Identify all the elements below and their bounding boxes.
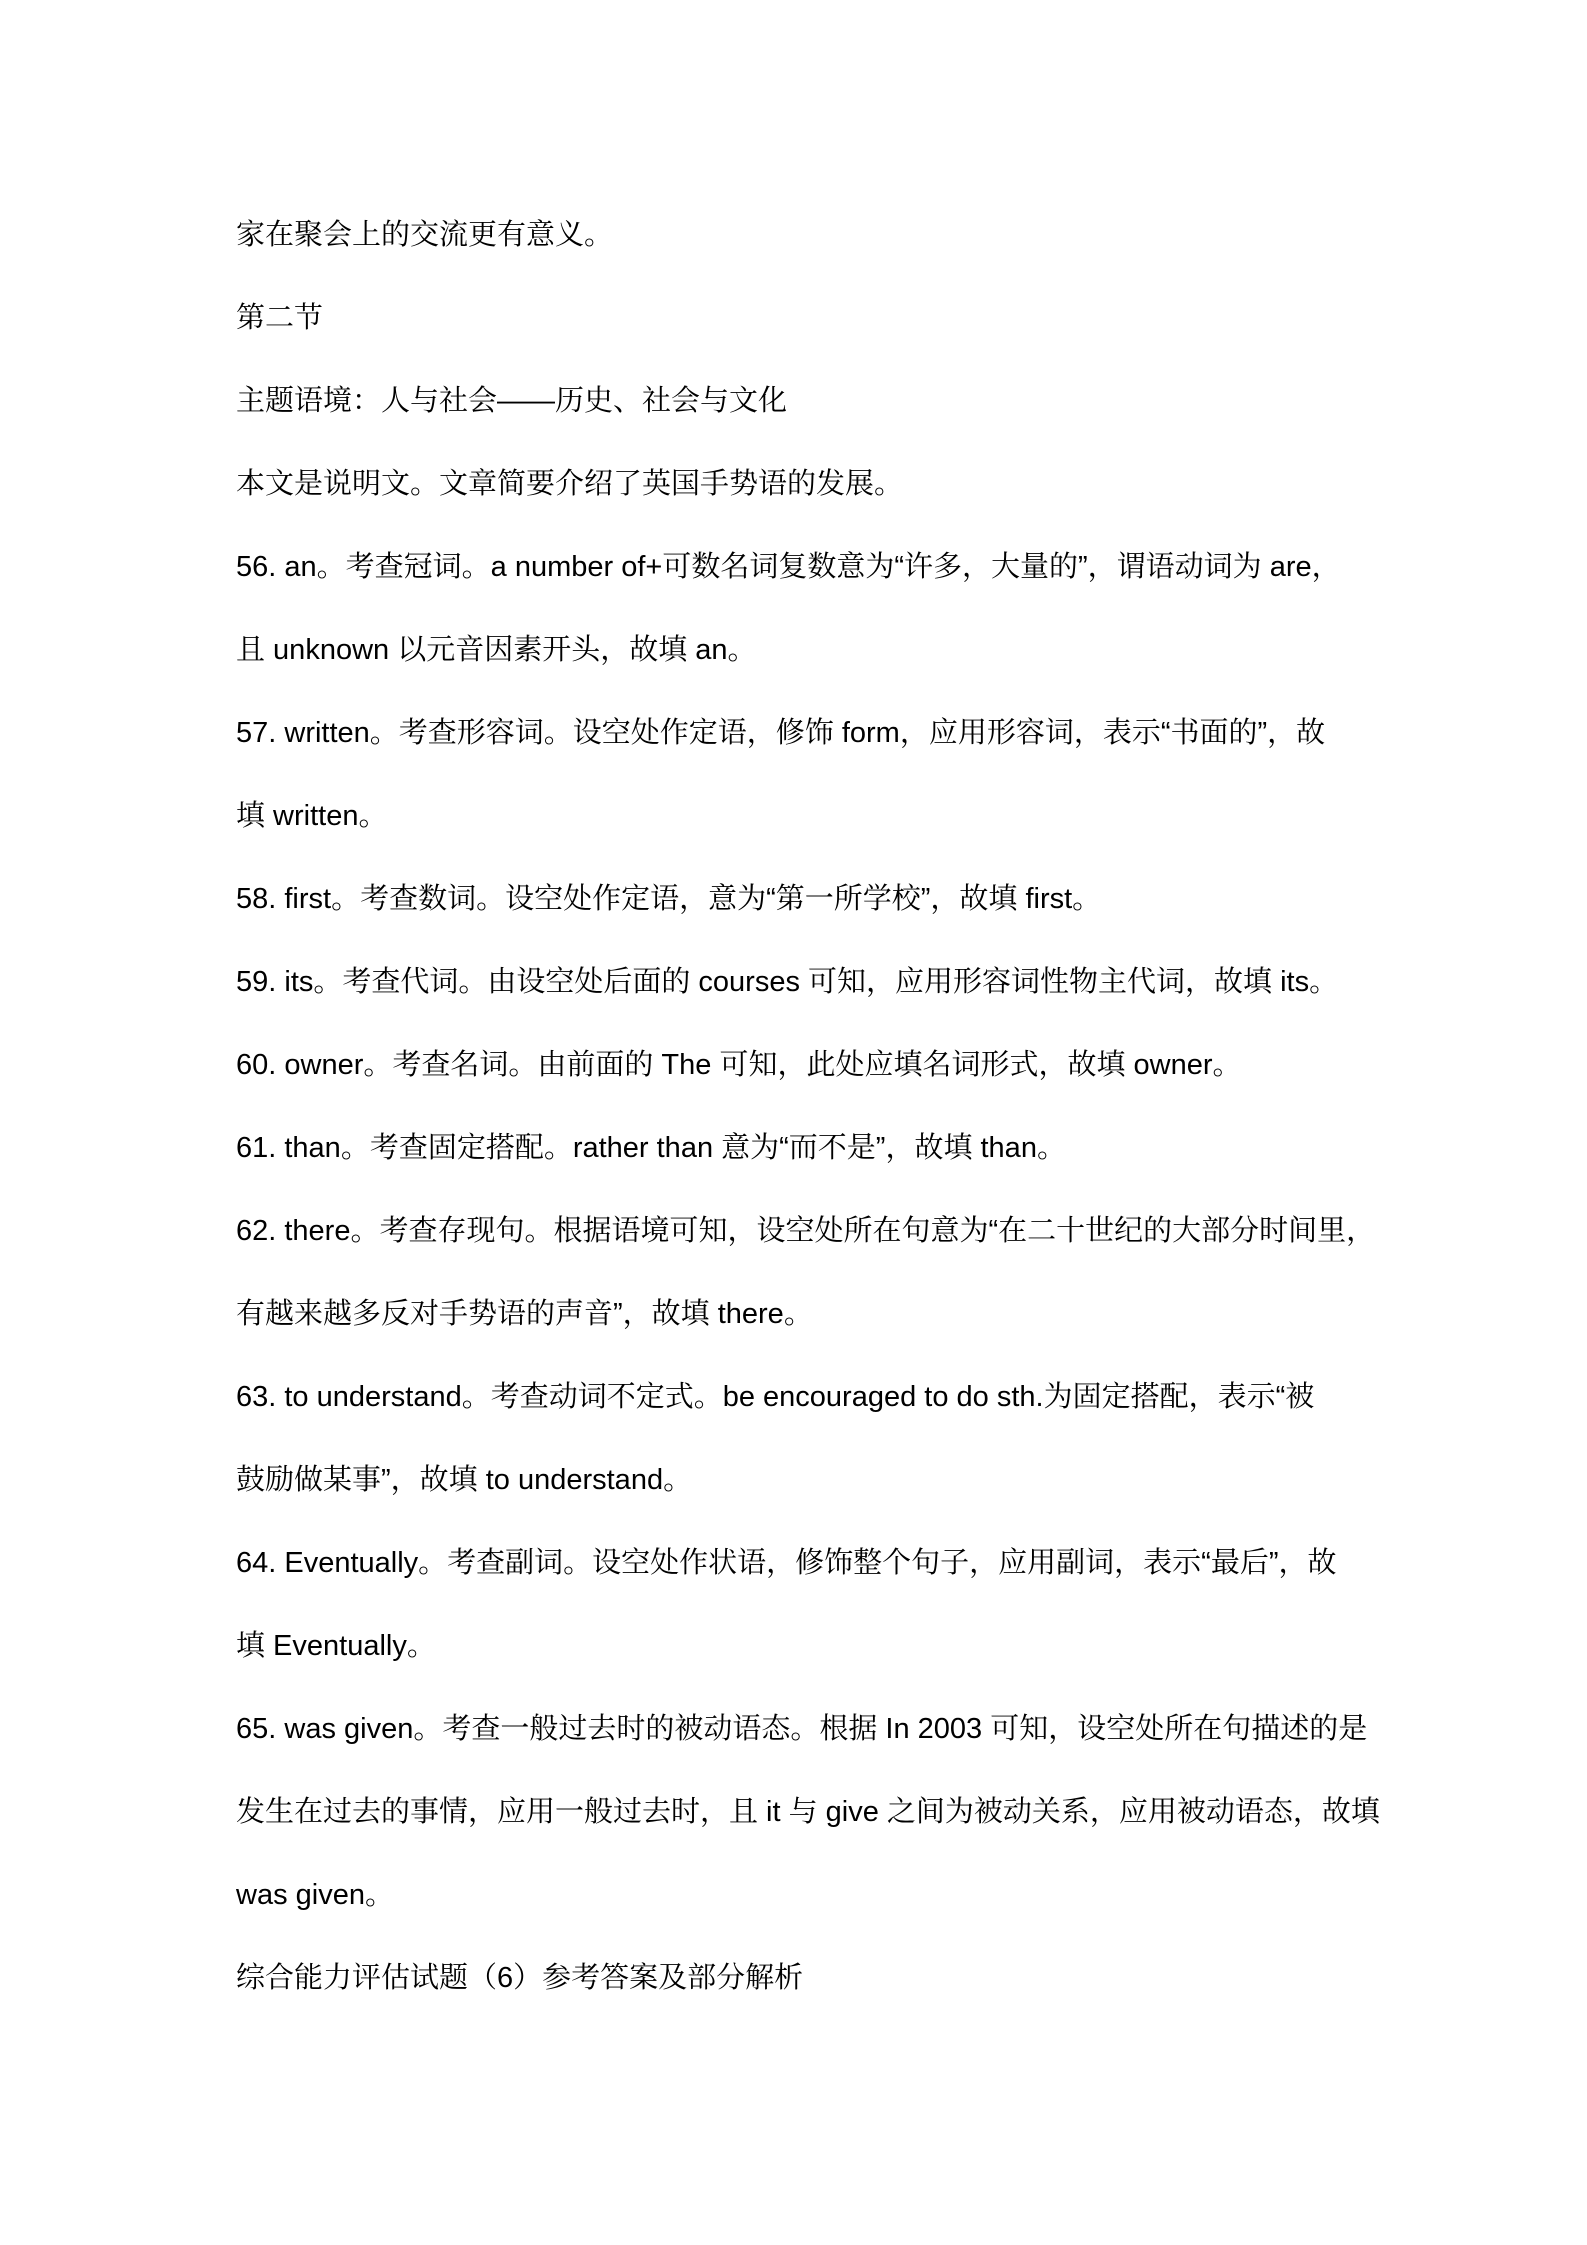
text-line: 鼓励做某事”，故填 to understand。	[236, 1439, 1476, 1522]
text-line: 本文是说明文。文章简要介绍了英国手势语的发展。	[236, 443, 1476, 526]
text-line: 62. there。考查存现句。根据语境可知，设空处所在句意为“在二十世纪的大部…	[236, 1190, 1476, 1273]
text-line: 发生在过去的事情，应用一般过去时，且 it 与 give 之间为被动关系，应用被…	[236, 1771, 1476, 1854]
text-line: 64. Eventually。考查副词。设空处作状语，修饰整个句子，应用副词，表…	[236, 1522, 1476, 1605]
text-line: 65. was given。考查一般过去时的被动语态。根据 In 2003 可知…	[236, 1688, 1476, 1771]
text-line: 61. than。考查固定搭配。rather than 意为“而不是”，故填 t…	[236, 1107, 1476, 1190]
text-line: 主题语境：人与社会——历史、社会与文化	[236, 360, 1476, 443]
document-lines: 家在聚会上的交流更有意义。第二节主题语境：人与社会——历史、社会与文化本文是说明…	[236, 194, 1476, 2020]
text-line: 59. its。考查代词。由设空处后面的 courses 可知，应用形容词性物主…	[236, 941, 1476, 1024]
text-line: 家在聚会上的交流更有意义。	[236, 194, 1476, 277]
text-line: 且 unknown 以元音因素开头，故填 an。	[236, 609, 1476, 692]
text-line: 填 written。	[236, 775, 1476, 858]
text-line: 填 Eventually。	[236, 1605, 1476, 1688]
text-line: 有越来越多反对手势语的声音”，故填 there。	[236, 1273, 1476, 1356]
text-line: 第二节	[236, 277, 1476, 360]
text-line: 57. written。考查形容词。设空处作定语，修饰 form，应用形容词，表…	[236, 692, 1476, 775]
text-line: was given。	[236, 1854, 1476, 1937]
text-line: 60. owner。考查名词。由前面的 The 可知，此处应填名词形式，故填 o…	[236, 1024, 1476, 1107]
text-line: 综合能力评估试题（6）参考答案及部分解析	[236, 1937, 1476, 2020]
text-line: 56. an。考查冠词。a number of+可数名词复数意为“许多，大量的”…	[236, 526, 1476, 609]
text-line: 58. first。考查数词。设空处作定语，意为“第一所学校”，故填 first…	[236, 858, 1476, 941]
document-page: 家在聚会上的交流更有意义。第二节主题语境：人与社会——历史、社会与文化本文是说明…	[0, 0, 1587, 2245]
text-line: 63. to understand。考查动词不定式。be encouraged …	[236, 1356, 1476, 1439]
